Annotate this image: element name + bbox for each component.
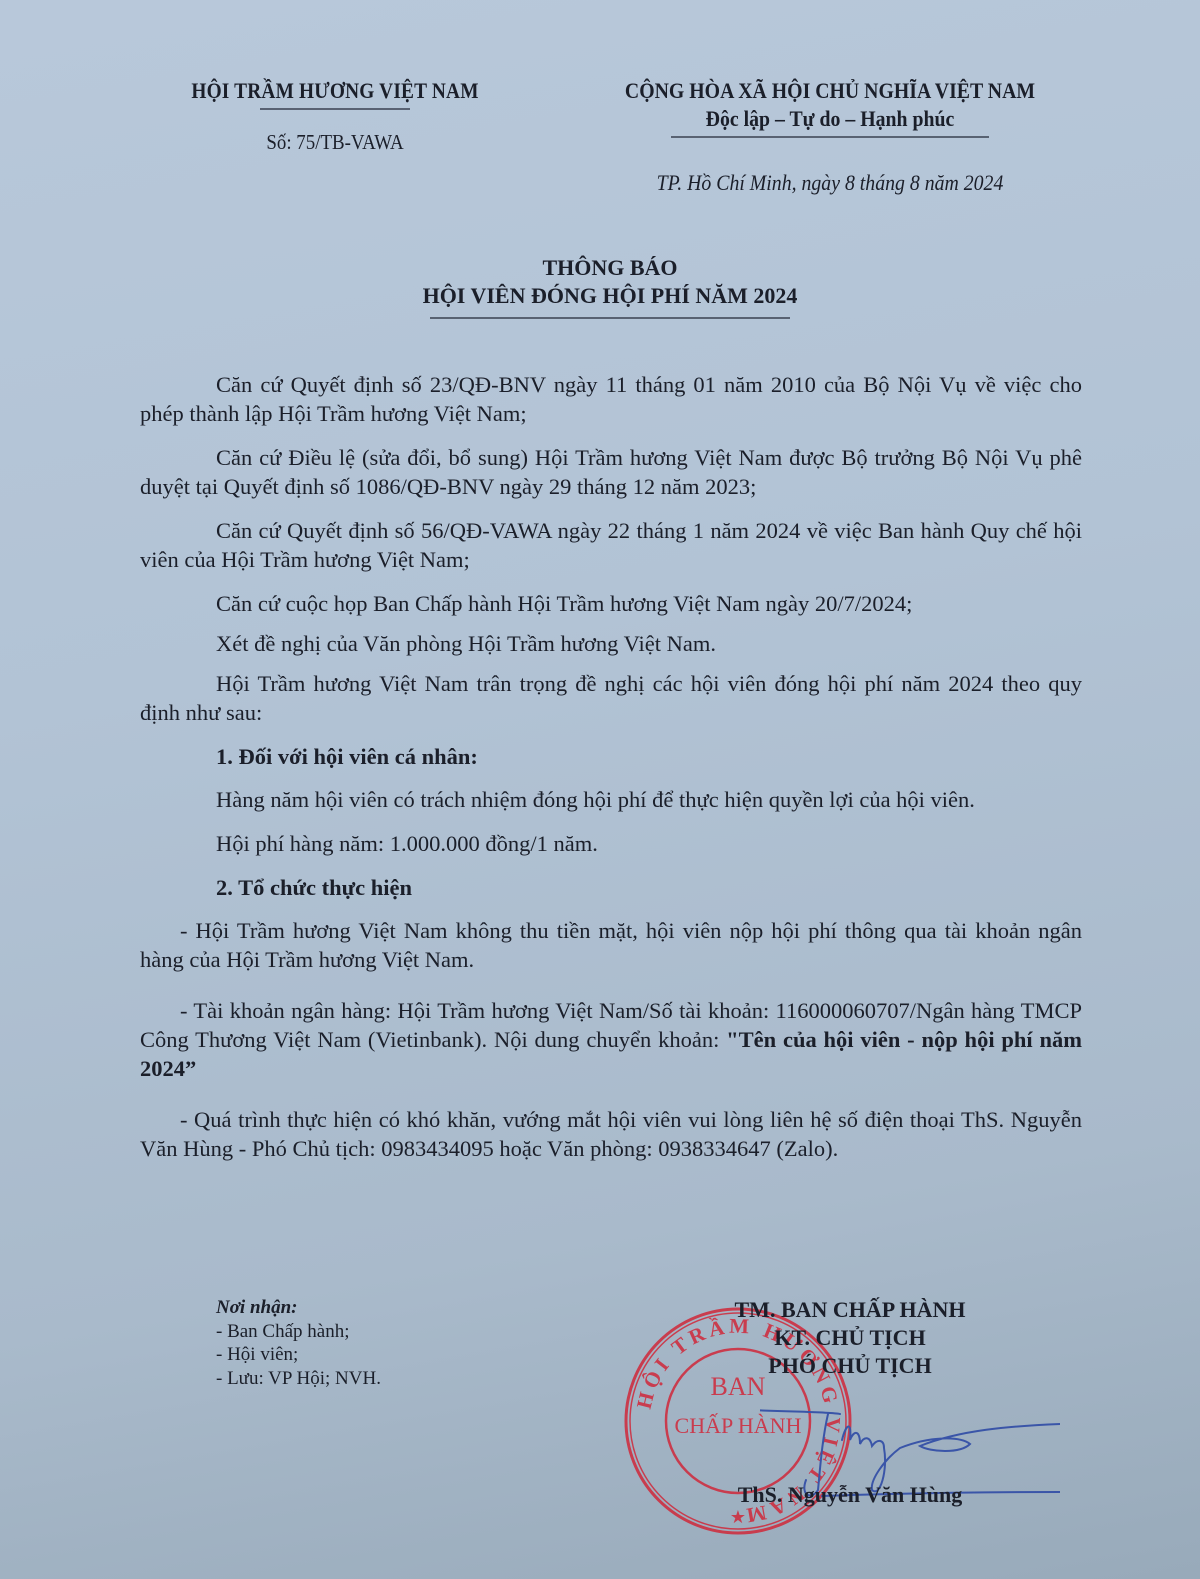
basis-5: Xét đề nghị của Văn phòng Hội Trầm hương… — [140, 629, 1082, 658]
section-1-fee: Hội phí hàng năm: 1.000.000 đồng/1 năm. — [140, 829, 1082, 858]
svg-text:★: ★ — [730, 1507, 746, 1527]
organization-underline — [260, 108, 410, 110]
signature-title-line-3: PHÓ CHỦ TỊCH — [680, 1352, 1020, 1380]
basis-1: Căn cứ Quyết định số 23/QĐ-BNV ngày 11 t… — [140, 370, 1082, 428]
motto-underline — [671, 136, 989, 138]
organization-name: HỘI TRẦM HƯƠNG VIỆT NAM — [163, 78, 506, 104]
section-2-item-2: - Tài khoản ngân hàng: Hội Trầm hương Vi… — [140, 996, 1082, 1083]
title-line-1: THÔNG BÁO — [330, 255, 890, 281]
basis-2: Căn cứ Điều lệ (sửa đổi, bổ sung) Hội Tr… — [140, 443, 1082, 501]
section-1-heading: 1. Đối với hội viên cá nhân: — [216, 742, 1082, 771]
nation-name: CỘNG HÒA XÃ HỘI CHỦ NGHĨA VIỆT NAM — [587, 78, 1073, 104]
title-underline — [430, 317, 790, 319]
signature-title-line-1: TM. BAN CHẤP HÀNH — [680, 1296, 1020, 1324]
section-1-text: Hàng năm hội viên có trách nhiệm đóng hộ… — [140, 785, 1082, 814]
intro-paragraph: Hội Trầm hương Việt Nam trân trọng đề ng… — [140, 669, 1082, 727]
header-organization-block: HỘI TRẦM HƯƠNG VIỆT NAM Số: 75/TB-VAWA — [140, 78, 530, 155]
place-and-date: TP. Hồ Chí Minh, ngày 8 tháng 8 năm 2024 — [587, 170, 1073, 196]
document-title: THÔNG BÁO HỘI VIÊN ĐÓNG HỘI PHÍ NĂM 2024 — [330, 255, 890, 319]
basis-3: Căn cứ Quyết định số 56/QĐ-VAWA ngày 22 … — [140, 516, 1082, 574]
document-body: Căn cứ Quyết định số 23/QĐ-BNV ngày 11 t… — [140, 370, 1082, 1178]
document-number: Số: 75/TB-VAWA — [160, 130, 511, 155]
header-nation-block: CỘNG HÒA XÃ HỘI CHỦ NGHĨA VIỆT NAM Độc l… — [560, 78, 1100, 196]
section-2-item-3: - Quá trình thực hiện có khó khăn, vướng… — [140, 1105, 1082, 1163]
section-2-item-1: - Hội Trầm hương Việt Nam không thu tiền… — [140, 916, 1082, 974]
signature-title-block: TM. BAN CHẤP HÀNH KT. CHỦ TỊCH PHÓ CHỦ T… — [680, 1296, 1020, 1380]
recipients-block: Nơi nhận: - Ban Chấp hành; - Hội viên; -… — [216, 1296, 381, 1390]
signer-name: ThS. Nguyễn Văn Hùng — [680, 1482, 1020, 1508]
recipient-item: - Lưu: VP Hội; NVH. — [216, 1367, 381, 1391]
national-motto: Độc lập – Tự do – Hạnh phúc — [587, 106, 1073, 132]
title-line-2: HỘI VIÊN ĐÓNG HỘI PHÍ NĂM 2024 — [330, 283, 890, 309]
recipients-label: Nơi nhận: — [216, 1296, 381, 1320]
recipient-item: - Hội viên; — [216, 1343, 381, 1367]
section-2-heading: 2. Tổ chức thực hiện — [216, 873, 1082, 902]
signature-title-line-2: KT. CHỦ TỊCH — [680, 1324, 1020, 1352]
recipient-item: - Ban Chấp hành; — [216, 1320, 381, 1344]
basis-4: Căn cứ cuộc họp Ban Chấp hành Hội Trầm h… — [140, 589, 1082, 618]
